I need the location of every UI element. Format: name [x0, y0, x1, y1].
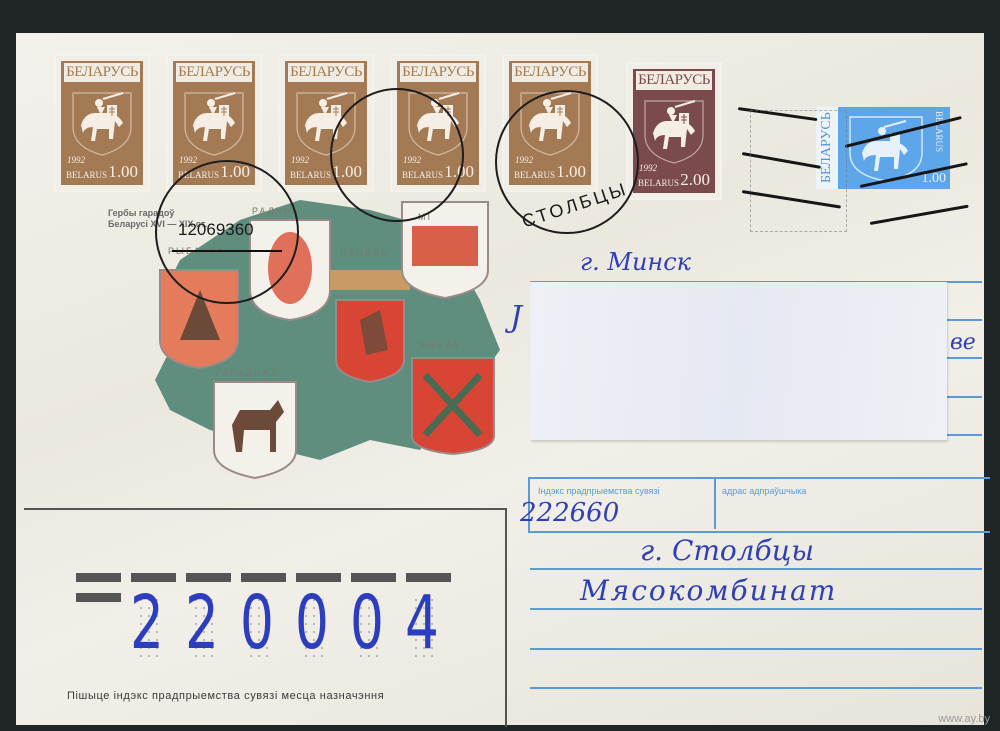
- postcode-digit: 4: [405, 580, 439, 666]
- pahonia-knight-icon: [69, 87, 135, 157]
- postmark-bar: [172, 250, 282, 252]
- postmark-circle: [330, 88, 464, 222]
- map-label-pinel: ПЕНЕЛЬ: [340, 248, 389, 258]
- stamp-country: БЕЛАРУСЬ: [512, 63, 588, 82]
- sender-city: г. Столбцы: [640, 534, 814, 567]
- postmark-date: 12069360: [178, 220, 254, 240]
- postcode-guide-bar: [76, 593, 121, 602]
- coat-of-arms-bykhau: [412, 358, 494, 454]
- address-line: [530, 648, 982, 650]
- stamp-country: БЕЛАРУСЬ: [64, 63, 140, 82]
- pahonia-knight-icon: [181, 87, 247, 157]
- stamp-value: 1.00: [108, 162, 138, 182]
- map-label-haradnaya: ГАРАДНАЯ: [216, 368, 279, 378]
- postcode-instruction: Пішыце індэкс прадпрыемства сувязі месца…: [67, 690, 384, 702]
- recipient-tail-fragment: ве: [950, 330, 976, 355]
- stamp-year: 1992: [639, 163, 657, 173]
- address-line: [530, 568, 982, 570]
- map-label-bykhau: БЫХАЎ: [420, 340, 462, 350]
- stamp-value: 2.00: [680, 170, 710, 190]
- stamp-year: 1992: [291, 155, 309, 165]
- postcode-digit: 0: [295, 580, 329, 666]
- sender-index-label: Індэкс прадпрыемства сувязі: [538, 486, 660, 496]
- sender-address-label: адрас адпраўшчыка: [722, 486, 806, 496]
- address-line: [530, 608, 982, 610]
- pahonia-knight-icon: [641, 95, 707, 165]
- sender-box-divider: [714, 477, 716, 529]
- stamp-year: 1992: [179, 155, 197, 165]
- stamp-country: БЕЛАРУСЬ: [636, 71, 712, 90]
- coat-of-arms-pinel: [330, 270, 410, 382]
- stamp-country: БЕЛАРУСЬ: [288, 63, 364, 82]
- postcode-digit: 0: [240, 580, 274, 666]
- postcode-digit: 2: [130, 580, 164, 666]
- printed-stamp-latin: BELARUS: [934, 111, 944, 152]
- recipient-handwriting-fragment: J: [510, 300, 522, 335]
- postcode-digit: 2: [185, 580, 219, 666]
- recipient-city: г. Минск: [580, 248, 691, 276]
- sender-index-value: 222660: [520, 498, 619, 528]
- stamp-latin: BELARUS: [290, 170, 331, 180]
- stamp-latin: BELARUS: [638, 178, 679, 188]
- stamp-latin: BELARUS: [66, 170, 107, 180]
- postage-stamp: БЕЛАРУСЬ 1992 BELARUS 1.00: [56, 56, 148, 190]
- coat-of-arms-haradnaya: [214, 382, 296, 478]
- machine-cancel-box: [750, 110, 847, 232]
- stamp-country: БЕЛАРУСЬ: [400, 63, 476, 82]
- postcode-digit: 0: [350, 580, 384, 666]
- address-line: [530, 687, 982, 689]
- address-cover-label: [530, 282, 947, 440]
- watermark: www.ay.by: [938, 713, 990, 725]
- postcode-guide-bar: [76, 573, 121, 582]
- stamp-country: БЕЛАРУСЬ: [176, 63, 252, 82]
- postage-stamp: БЕЛАРУСЬ 1992 BELARUS 2.00: [628, 64, 720, 198]
- sender-line-2: Мясокомбинат: [580, 574, 837, 607]
- stamp-year: 1992: [67, 155, 85, 165]
